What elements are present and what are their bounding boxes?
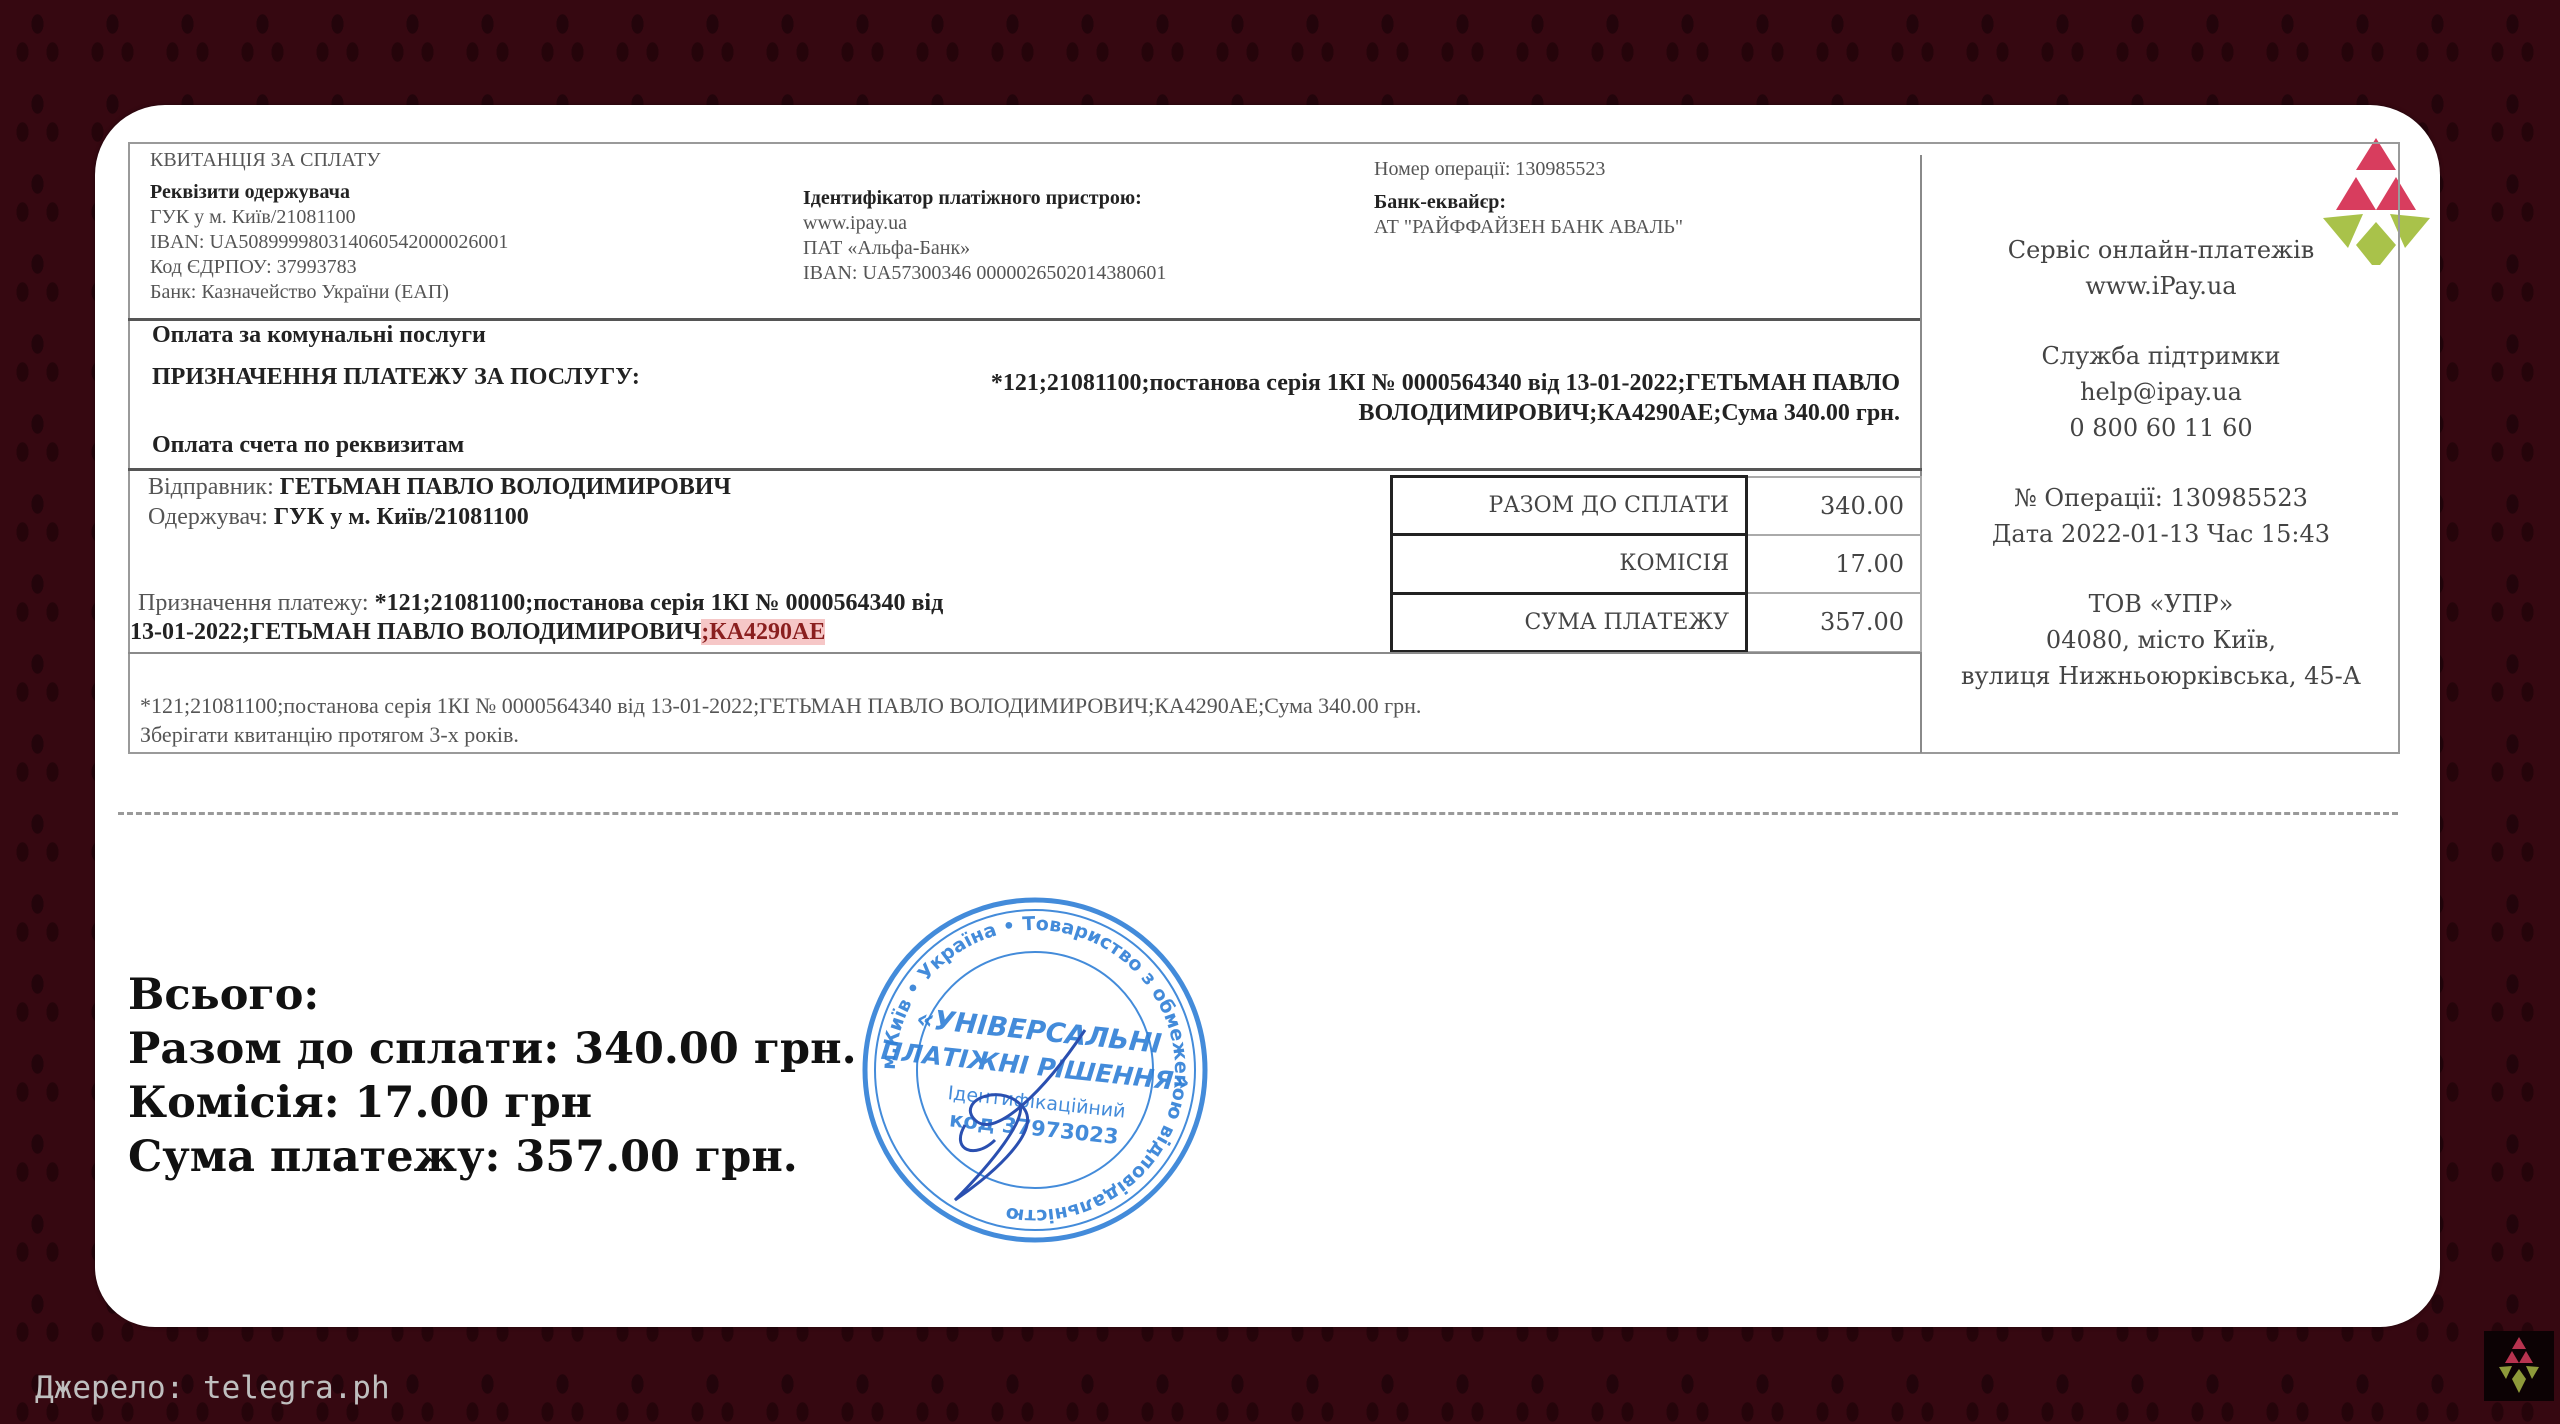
company-address-1: 04080, місто Київ,	[1922, 622, 2400, 658]
amount-value: 340.00	[1747, 477, 1922, 535]
recipient-heading: Реквізити одержувача	[150, 180, 508, 205]
acquirer-name: АТ "РАЙФФАЙЗЕН БАНК АВАЛЬ"	[1374, 215, 1683, 240]
divider	[128, 468, 1922, 471]
service-title: Оплата за комунальні послуги	[152, 320, 486, 350]
purpose2-text-1: *121;21081100;постанова серія 1КІ № 0000…	[375, 590, 944, 616]
totals-summary: Всього: Разом до сплати: 340.00 грн. Ком…	[128, 968, 857, 1184]
company-address-2: вулиця Нижньоюрківська, 45-А	[1922, 658, 2400, 694]
vehicle-number-highlight: ;КА4290АЕ	[701, 619, 825, 645]
receipt-title: КВИТАНЦІЯ ЗА СПЛАТУ	[150, 148, 381, 173]
operation-group: № Операції: 130985523 Дата 2022-01-13 Ча…	[1922, 480, 2400, 552]
service-name: Сервіс онлайн-платежів	[1922, 232, 2400, 268]
corner-logo-icon	[2484, 1331, 2554, 1401]
receiver-row: Одержувач: ГУК у м. Київ/21081100	[148, 502, 529, 532]
company-name: ТОВ «УПР»	[1922, 586, 2400, 622]
purpose2-text-2: 13-01-2022;ГЕТЬМАН ПАВЛО ВОЛОДИМИРОВИЧ	[130, 619, 701, 645]
sender-label: Відправник:	[148, 474, 274, 500]
amount-value: 357.00	[1747, 593, 1922, 651]
company-stamp-icon: м.Київ • Україна • Товариство з обмежено…	[855, 890, 1215, 1250]
acquirer-heading: Банк-еквайєр:	[1374, 190, 1683, 215]
recipient-iban: IBAN: UA508999980314060542000026001	[150, 230, 508, 255]
purpose-line-1: *121;21081100;постанова серія 1КІ № 0000…	[991, 368, 1900, 398]
service-site[interactable]: www.iPay.ua	[1922, 268, 2400, 304]
source-caption: Джерело: telegra.ph	[35, 1370, 390, 1406]
service-group: Сервіс онлайн-платежів www.iPay.ua	[1922, 142, 2400, 304]
device-heading: Ідентифікатор платіжного пристрою:	[803, 186, 1166, 211]
table-row: РАЗОМ ДО СПЛАТИ 340.00	[1392, 477, 1922, 535]
totals-payment-sum: Сума платежу: 357.00 грн.	[128, 1130, 857, 1184]
sender-value: ГЕТЬМАН ПАВЛО ВОЛОДИМИРОВИЧ	[280, 474, 731, 500]
amount-value: 17.00	[1747, 535, 1922, 593]
recipient-edrpou: Код ЄДРПОУ: 37993783	[150, 255, 508, 280]
amount-label: КОМІСІЯ	[1392, 535, 1747, 593]
purpose-line-2: ВОЛОДИМИРОВИЧ;КА4290АЕ;Сума 340.00 грн.	[991, 398, 1900, 428]
support-email[interactable]: help@ipay.ua	[1922, 374, 2400, 410]
payment-by-details: Оплата счета по реквизитам	[152, 430, 464, 460]
purpose2-line-1: Призначення платежу: *121;21081100;поста…	[138, 588, 943, 618]
sender-row: Відправник: ГЕТЬМАН ПАВЛО ВОЛОДИМИРОВИЧ	[148, 472, 731, 502]
service-info-panel: Сервіс онлайн-платежів www.iPay.ua Служб…	[1922, 142, 2400, 754]
divider	[128, 652, 1922, 654]
totals-total: Разом до сплати: 340.00 грн.	[128, 1022, 857, 1076]
support-phone: 0 800 60 11 60	[1922, 410, 2400, 446]
operation-number-right: № Операції: 130985523	[1922, 480, 2400, 516]
recipient-details: Реквізити одержувача ГУК у м. Київ/21081…	[150, 180, 508, 305]
amount-label: РАЗОМ ДО СПЛАТИ	[1392, 477, 1747, 535]
purpose-text: *121;21081100;постанова серія 1КІ № 0000…	[991, 368, 1900, 428]
operation-number: Номер операції: 130985523	[1374, 157, 1605, 182]
device-bank: ПАТ «Альфа-Банк»	[803, 236, 1166, 261]
recipient-bank: Банк: Казначейство України (ЕАП)	[150, 280, 508, 305]
totals-commission: Комісія: 17.00 грн	[128, 1076, 857, 1130]
operation-datetime: Дата 2022-01-13 Час 15:43	[1922, 516, 2400, 552]
acquirer: Банк-еквайєр: АТ "РАЙФФАЙЗЕН БАНК АВАЛЬ"	[1374, 190, 1683, 240]
table-row: СУМА ПЛАТЕЖУ 357.00	[1392, 593, 1922, 651]
table-row: КОМІСІЯ 17.00	[1392, 535, 1922, 593]
purpose-label: ПРИЗНАЧЕННЯ ПЛАТЕЖУ ЗА ПОСЛУГУ:	[152, 362, 640, 392]
receiver-value: ГУК у м. Київ/21081100	[274, 504, 529, 530]
footer-purpose: *121;21081100;постанова серія 1КІ № 0000…	[140, 693, 1421, 718]
amount-label: СУМА ПЛАТЕЖУ	[1392, 593, 1747, 651]
totals-heading: Всього:	[128, 968, 857, 1022]
receiver-label: Одержувач:	[148, 504, 268, 530]
support-group: Служба підтримки help@ipay.ua 0 800 60 1…	[1922, 338, 2400, 446]
purpose2-label: Призначення платежу:	[138, 590, 369, 616]
purpose2-line-2: 13-01-2022;ГЕТЬМАН ПАВЛО ВОЛОДИМИРОВИЧ;К…	[130, 617, 825, 647]
device-identifier: Ідентифікатор платіжного пристрою: www.i…	[803, 186, 1166, 286]
cut-line	[118, 812, 2398, 815]
footer-note: Зберігати квитанцію протягом 3-х років.	[140, 722, 519, 747]
device-iban: IBAN: UA57300346 0000026502014380601	[803, 261, 1166, 286]
company-group: ТОВ «УПР» 04080, місто Київ, вулиця Нижн…	[1922, 586, 2400, 694]
device-site: www.ipay.ua	[803, 211, 1166, 236]
amounts-table: РАЗОМ ДО СПЛАТИ 340.00 КОМІСІЯ 17.00 СУМ…	[1390, 475, 1922, 653]
recipient-name: ГУК у м. Київ/21081100	[150, 205, 508, 230]
support-label: Служба підтримки	[1922, 338, 2400, 374]
